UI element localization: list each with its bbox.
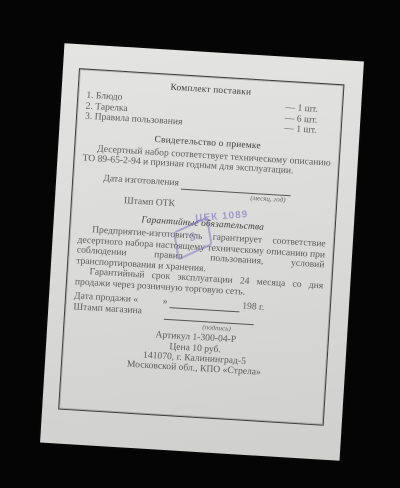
document-frame: Комплект поставки 1. Блюдо — 1 шт. 2. Та… — [58, 68, 344, 426]
document-sheet: Комплект поставки 1. Блюдо — 1 шт. 2. Та… — [40, 43, 364, 461]
